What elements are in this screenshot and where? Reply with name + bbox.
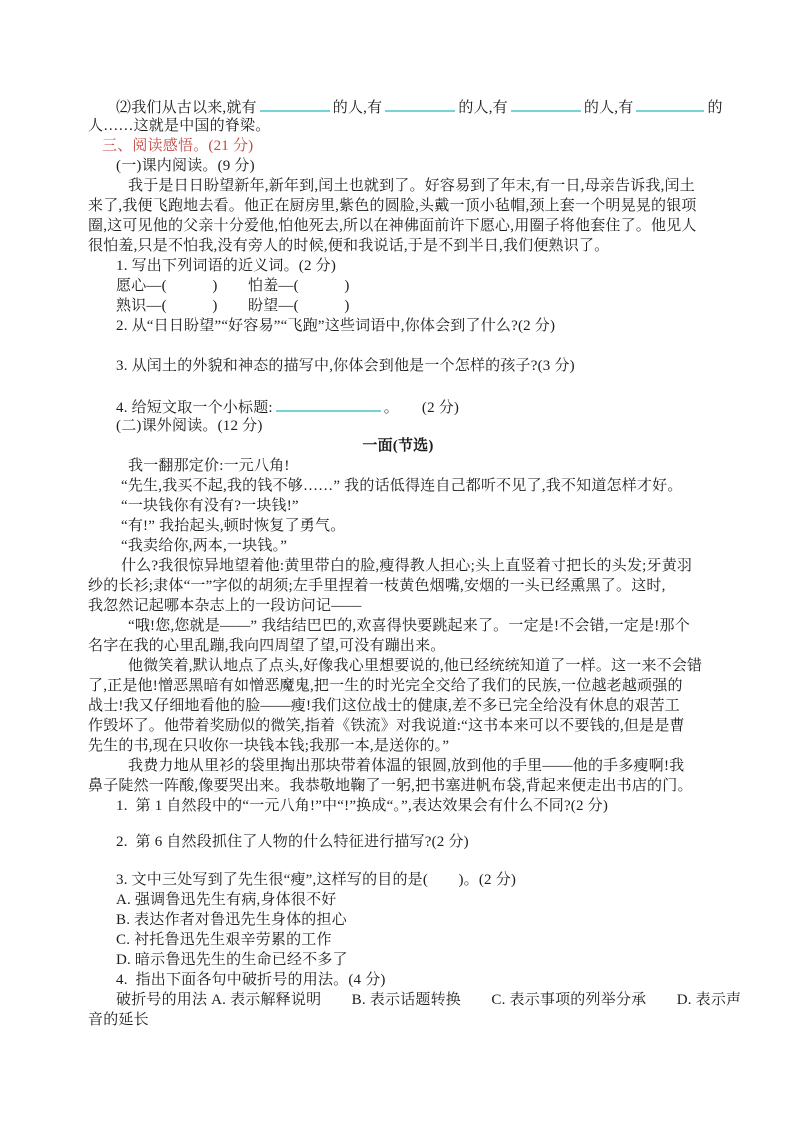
text-segment: 的 [707,100,722,116]
q3-appearance-prompt: 3. 从闰土的外貌和神态的描写中,你体会到他是一个怎样的孩子?(3 分) [88,356,708,376]
dash-usage-options-cont: 音的延长 [88,1010,708,1030]
passage-yimian-line: 了,正是他!憎恶黑暗有如憎恶魔鬼,把一生的时光完全交给了我们的民族,一位越老越顽… [88,676,708,696]
fill-in-blank-sentence: ⑵我们从古以来,就有的人,有的人,有的人,有的 [88,96,708,116]
subsection-heading-extracurricular-reading: (二)课外阅读。(12 分) [88,416,708,436]
passage-yimian-line: 我一翻那定价:一元八角! [88,456,708,476]
q3-option-d: D. 暗示鲁迅先生的生命已经不多了 [88,950,708,970]
text-segment: 的人,有 [584,100,634,116]
text-segment: 的人,有 [333,100,383,116]
fill-blank-underline [276,396,381,412]
passage-runtu-line: 我于是日日盼望新年,新年到,闰土也就到了。好容易到了年末,有一日,母亲告诉我,闰… [88,176,708,196]
passage-yimian-line: 我费力地从里衫的袋里掏出那块带着体温的银圆,放到他的手里——他的手多瘦啊!我 [88,756,708,776]
text-segment: 。 (2 分) [384,400,459,416]
passage-yimian-line: 战士!我又仔细地看他的脸——瘦!我们这位战士的健康,差不多已完全给没有休息的艰苦… [88,696,708,716]
passage-yimian-line: “先生,我买不起,我的钱不够……” 我的话低得连自己都听不见了,我不知道怎样才好… [88,476,708,496]
text-segment: 4. 给短文取一个小标题: [116,400,273,416]
passage-runtu-line: 来了,我便飞跑地去看。他正在厨房里,紫色的圆脸,头戴一顶小毡帽,颈上套一个明晃晃… [88,196,708,216]
passage-yimian-line: 纱的长衫;隶体“一”字似的胡须;左手里捏着一枝黄色烟嘴,安烟的一头已经熏黑了。这… [88,576,708,596]
q1-exclamation-prompt: 1. 第 1 自然段中的“一元八角!”中“!”换成“。”,表达效果会有什么不同?… [88,796,708,816]
q2-feature-prompt: 2. 第 6 自然段抓住了人物的什么特征进行描写?(2 分) [88,832,708,852]
fill-blank-underline [636,96,704,112]
q3-choice-prompt: 3. 文中三处写到了先生很“瘦”,这样写的目的是( )。(2 分) [88,870,708,890]
q1-synonym-pair-row: 熟识—( ) 盼望—( ) [88,296,708,316]
passage-yimian-line: 鼻子陡然一阵酸,像要哭出来。我恭敬地鞠了一躬,把书塞进帆布袋,背起来便走出书店的… [88,776,708,796]
passage-runtu-line: 很怕羞,只是不怕我,没有旁人的时候,便和我说话,于是不到半日,我们便熟识了。 [88,236,708,256]
passage-yimian-line: 什么?我很惊异地望着他:黄里带白的脸,瘦得教人担心;头上直竖着寸把长的头发;牙黄… [88,556,708,576]
passage-yimian-line: 作毁坏了。他带着奖励似的微笑,指着《铁流》对我说道:“这书本来可以不要钱的,但是… [88,716,708,736]
fill-blank-underline [260,96,330,112]
passage-yimian-line: “有!” 我抬起头,顿时恢复了勇气。 [88,516,708,536]
answer-space [88,376,708,396]
answer-space [88,336,708,356]
q1-synonyms-prompt: 1. 写出下列词语的近义词。(2 分) [88,256,708,276]
passage-yimian-line: 我忽然记起哪本杂志上的一段访问记—— [88,596,708,616]
q3-option-c: C. 衬托鲁迅先生艰辛劳累的工作 [88,930,708,950]
passage-yimian-line: “一块钱你有没有?一块钱!” [88,496,708,516]
q2-words-prompt: 2. 从“日日盼望”“好容易”“飞跑”这些词语中,你体会到了什么?(2 分) [88,316,708,336]
passage-yimian-line: 名字在我的心里乱蹦,我向四周望了望,可没有蹦出来。 [88,636,708,656]
section-heading-reading: 三、阅读感悟。(21 分) [88,136,708,156]
passage-yimian-line: 先生的书,现在只收你一块钱本钱;我那一本,是送你的。” [88,736,708,756]
passage-title-yimian: 一面(节选) [88,436,708,456]
q4-subtitle-prompt: 4. 给短文取一个小标题:。 (2 分) [88,396,708,416]
passage-runtu-line: 圈,这可见他的父亲十分爱他,怕他死去,所以在神佛面前许下愿心,用圈子将他套住了。… [88,216,708,236]
passage-yimian-line: 他微笑着,默认地点了点头,好像我心里想要说的,他已经统统知道了一样。这一来不会错 [88,656,708,676]
text-segment: 的人,有 [458,100,508,116]
fill-blank-underline [511,96,581,112]
subsection-heading-in-class-reading: (一)课内阅读。(9 分) [88,156,708,176]
text-segment: ⑵我们从古以来,就有 [116,100,257,116]
passage-yimian-line: “我卖给你,两本,一块钱。” [88,536,708,556]
document-page: ⑵我们从古以来,就有的人,有的人,有的人,有的人……这就是中国的脊梁。三、阅读感… [0,0,793,1122]
answer-space [88,816,708,832]
q3-option-a: A. 强调鲁迅先生有病,身体很不好 [88,890,708,910]
passage-yimian-line: “哦!您,您就是——” 我结结巴巴的,欢喜得快要跳起来了。一定是!不会错,一定是… [88,616,708,636]
fill-blank-underline [385,96,455,112]
answer-space [88,852,708,870]
fill-in-blank-sentence-cont: 人……这就是中国的脊梁。 [88,116,708,136]
q4-dash-usage-prompt: 4. 指出下面各句中破折号的用法。(4 分) [88,970,708,990]
q1-synonym-pair-row: 愿心—( ) 怕羞—( ) [88,276,708,296]
q3-option-b: B. 表达作者对鲁迅先生身体的担心 [88,910,708,930]
dash-usage-options: 破折号的用法 A. 表示解释说明 B. 表示话题转换 C. 表示事项的列举分承 … [88,990,708,1010]
